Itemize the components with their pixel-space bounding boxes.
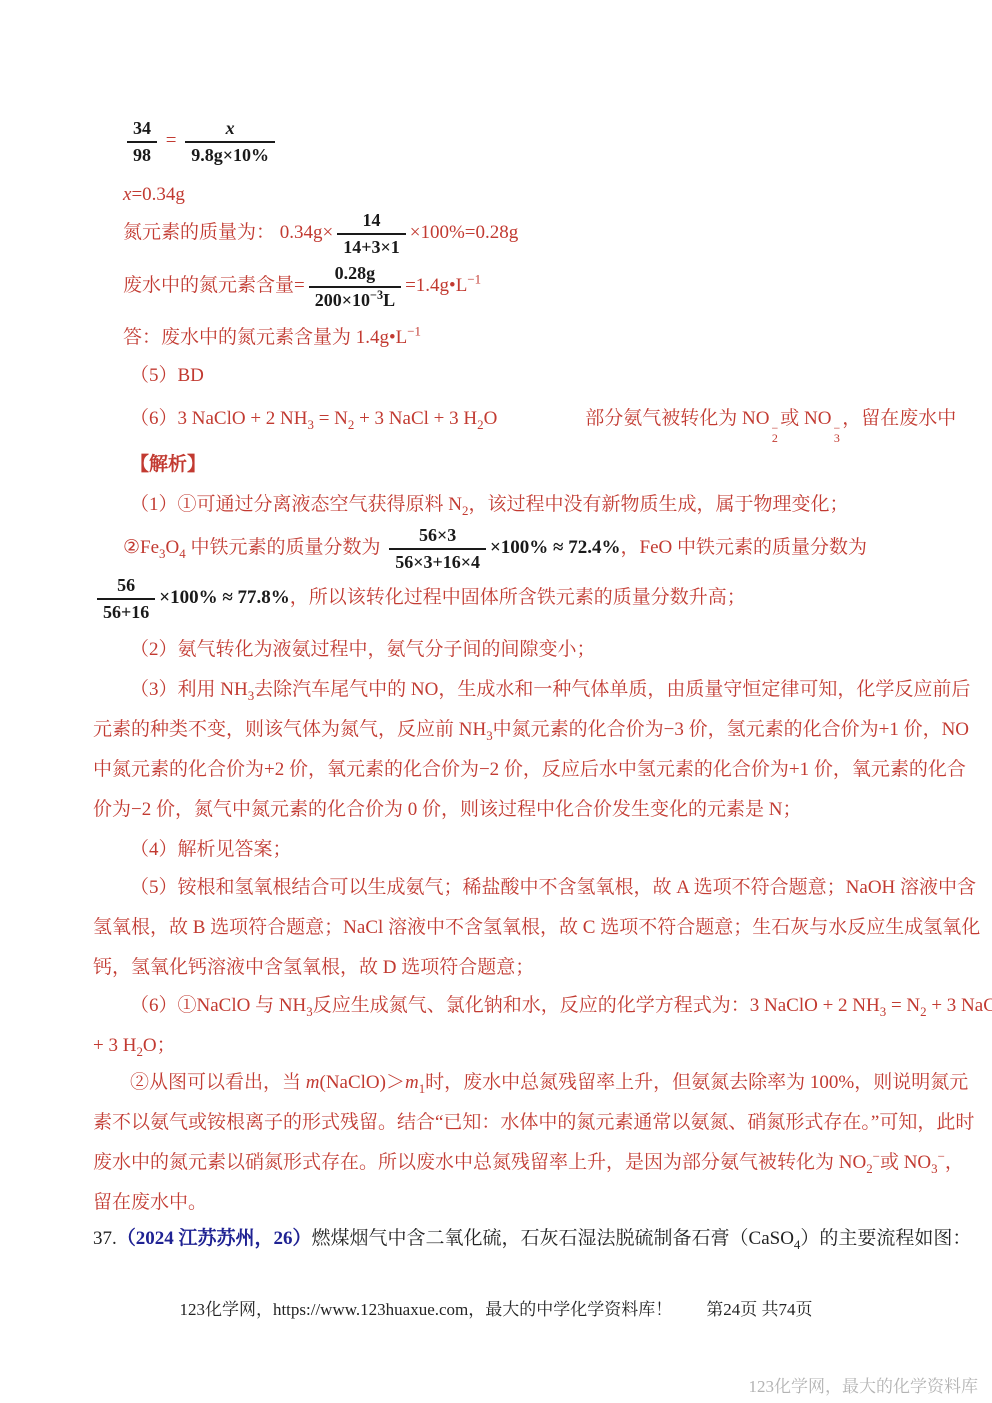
analysis-6-line1: （6）①NaClO 与 NH3反应生成氮气、氯化钠和水，反应的化学方程式为：3 … <box>130 993 992 1019</box>
text-run: 元素的种类不变，则该气体为氮气，反应前 NH3中氮元素的化合价为−3 价，氢元素… <box>93 719 969 740</box>
fraction: 1414+3×1 <box>337 210 406 257</box>
text-run: （4）解析见答案； <box>130 839 292 860</box>
fraction-numerator: 14 <box>337 210 406 235</box>
text-run: 部分氨气被转化为 NO <box>585 408 769 429</box>
text-run: 37. <box>93 1228 117 1249</box>
text-run: ②从图可以看出，当 m(NaClO)＞m1时，废水中总氮残留率上升，但氨氮去除率… <box>130 1072 968 1093</box>
document-page: 123化学网，https://www.123huaxue.com，最大的中学化学… <box>0 0 992 1403</box>
analysis-header: 【解析】 <box>130 452 206 478</box>
analysis-3-line4: 价为−2 价，氮气中氮元素的化合价为 0 价，则该过程中化合价发生变化的元素是 … <box>93 797 801 823</box>
fraction-denominator: 9.8g×10% <box>185 143 275 166</box>
text-run: 【解析】 <box>130 454 206 475</box>
text-run: （3）利用 NH3去除汽车尾气中的 NO，生成水和一种气体单质，由质量守恒定律可… <box>130 679 970 700</box>
text-run: ×100% ≈ 77.8% <box>159 587 290 608</box>
analysis-5-line3: 钙，氢氧化钙溶液中含氢氧根，故 D 选项符合题意； <box>93 955 534 981</box>
text-run: 废水中的氮元素含量= <box>123 275 305 296</box>
fraction-numerator: 34 <box>127 118 157 143</box>
analysis-1-fe3o4: ②Fe3O4 中铁元素的质量分数为 56×356×3+16×4×100% ≈ 7… <box>123 525 867 572</box>
watermark: 123化学网，最大的化学资料库 <box>749 1372 979 1397</box>
fraction: 5656+16 <box>97 575 155 622</box>
text-run: （5）铵根和氢氧根结合可以生成氨气；稀盐酸中不含氢氧根，故 A 选项不符合题意；… <box>130 877 976 898</box>
fraction-denominator: 56+16 <box>97 600 155 623</box>
analysis-5-line2: 氢氧根，故 B 选项符合题意；NaCl 溶液中不含氢氧根，故 C 选项不符合题意… <box>93 915 980 941</box>
text-run: （2024 江苏苏州，26） <box>117 1228 312 1249</box>
analysis-3-line1: （3）利用 NH3去除汽车尾气中的 NO，生成水和一种气体单质，由质量守恒定律可… <box>130 677 970 703</box>
fraction: 0.28g200×10−3L <box>309 263 401 310</box>
text-run: （2）氨气转化为液氨过程中，氨气分子间的间隙变小； <box>130 639 596 660</box>
text-run: ②Fe3O4 中铁元素的质量分数为 <box>123 537 385 558</box>
text-run: ×100%=0.28g <box>410 222 519 243</box>
text-run: ，留在废水中 <box>842 408 956 429</box>
formula-nitrogen-mass: 氮元素的质量为： 0.34g×1414+3×1×100%=0.28g <box>123 210 518 257</box>
analysis-6-line4: 素不以氨气或铵根离子的形式残留。结合“已知：水体中的氮元素通常以氨氮、硝氮形式存… <box>93 1110 974 1136</box>
analysis-5-line1: （5）铵根和氢氧根结合可以生成氨气；稀盐酸中不含氢氧根，故 A 选项不符合题意；… <box>130 875 976 901</box>
analysis-1: （1）①可通过分离液态空气获得原料 N2，该过程中没有新物质生成，属于物理变化； <box>130 492 848 518</box>
analysis-3-line3: 中氮元素的化合价为+2 价，氧元素的化合价为−2 价，反应后水中氢元素的化合价为… <box>93 757 966 783</box>
fraction-denominator: 56×3+16×4 <box>389 550 486 573</box>
answer-statement: 答：废水中的氮元素含量为 1.4g•L−1 <box>123 325 421 351</box>
text-run: + 3 H2O； <box>93 1035 176 1056</box>
text-run: （1）①可通过分离液态空气获得原料 N2，该过程中没有新物质生成，属于物理变化； <box>130 494 848 515</box>
fraction-numerator: 0.28g <box>309 263 401 288</box>
analysis-1-feo: 5656+16×100% ≈ 77.8%，所以该转化过程中固体所含铁元素的质量分… <box>93 575 746 622</box>
fraction-denominator: 200×10−3L <box>309 288 401 311</box>
text-run: ×100% ≈ 72.4% <box>490 537 621 558</box>
text-run: 素不以氨气或铵根离子的形式残留。结合“已知：水体中的氮元素通常以氨氮、硝氮形式存… <box>93 1112 974 1133</box>
text-run: （6）3 NaClO + 2 NH3 = N2 + 3 NaCl + 3 H2O <box>130 408 497 429</box>
text-run: 答：废水中的氮元素含量为 1.4g•L−1 <box>123 327 421 348</box>
text-run: 燃煤烟气中含二氧化硫，石灰石湿法脱硫制备石膏（CaSO4）的主要流程如图： <box>312 1228 972 1249</box>
text-run: 中氮元素的化合价为+2 价，氧元素的化合价为−2 价，反应后水中氢元素的化合价为… <box>93 759 966 780</box>
formula-nitrogen-content: 废水中的氮元素含量=0.28g200×10−3L=1.4g•L−1 <box>123 263 481 310</box>
fraction: 3498 <box>127 118 157 165</box>
text-run: （6）①NaClO 与 NH3反应生成氮气、氯化钠和水，反应的化学方程式为：3 … <box>130 995 992 1016</box>
ion-charge-stack: −3 <box>833 422 840 444</box>
text-run: 氮元素的质量为： 0.34g× <box>123 222 333 243</box>
answer-5: （5）BD <box>130 363 204 389</box>
fraction-numerator: 56×3 <box>389 525 486 550</box>
analysis-2: （2）氨气转化为液氨过程中，氨气分子间的间隙变小； <box>130 637 596 663</box>
analysis-6-line2: + 3 H2O； <box>93 1033 176 1059</box>
fraction: 56×356×3+16×4 <box>389 525 486 572</box>
analysis-6-line3: ②从图可以看出，当 m(NaClO)＞m1时，废水中总氮残留率上升，但氨氮去除率… <box>130 1070 968 1096</box>
question-37: 37.（2024 江苏苏州，26）燃煤烟气中含二氧化硫，石灰石湿法脱硫制备石膏（… <box>93 1226 971 1252</box>
text-run: 或 NO <box>780 408 831 429</box>
analysis-3-line2: 元素的种类不变，则该气体为氮气，反应前 NH3中氮元素的化合价为−3 价，氢元素… <box>93 717 969 743</box>
text-run: ，所以该转化过程中固体所含铁元素的质量分数升高； <box>290 587 746 608</box>
text-run: 留在废水中。 <box>93 1192 207 1213</box>
fraction-numerator: 56 <box>97 575 155 600</box>
fraction-numerator: x <box>185 118 275 143</box>
fraction: x9.8g×10% <box>185 118 275 165</box>
analysis-6-line6: 留在废水中。 <box>93 1190 207 1216</box>
text-run: （5）BD <box>130 365 204 386</box>
analysis-4: （4）解析见答案； <box>130 837 292 863</box>
answer-6: （6）3 NaClO + 2 NH3 = N2 + 3 NaCl + 3 H2O… <box>130 406 956 444</box>
fraction-denominator: 98 <box>127 143 157 166</box>
text-run: x=0.34g <box>123 184 185 205</box>
text-run: 钙，氢氧化钙溶液中含氢氧根，故 D 选项符合题意； <box>93 957 534 978</box>
text-run: ，FeO 中铁元素的质量分数为 <box>621 537 867 558</box>
analysis-6-line5: 废水中的氮元素以硝氮形式存在。所以废水中总氮残留率上升，是因为部分氨气被转化为 … <box>93 1150 964 1176</box>
ion-charge-stack: −2 <box>772 422 779 444</box>
fraction-denominator: 14+3×1 <box>337 235 406 258</box>
formula-x-value: x=0.34g <box>123 182 185 208</box>
text-run: 废水中的氮元素以硝氮形式存在。所以废水中总氮残留率上升，是因为部分氨气被转化为 … <box>93 1152 964 1173</box>
text-run: =1.4g•L−1 <box>405 275 481 296</box>
page-footer: 123化学网，https://www.123huaxue.com，最大的中学化学… <box>0 1295 992 1320</box>
spacer <box>497 423 585 424</box>
text-run: 价为−2 价，氮气中氮元素的化合价为 0 价，则该过程中化合价发生变化的元素是 … <box>93 799 801 820</box>
formula-proportion: 3498 = x9.8g×10% <box>123 118 279 165</box>
text-run: = <box>161 130 181 151</box>
text-run: 氢氧根，故 B 选项符合题意；NaCl 溶液中不含氢氧根，故 C 选项不符合题意… <box>93 917 980 938</box>
